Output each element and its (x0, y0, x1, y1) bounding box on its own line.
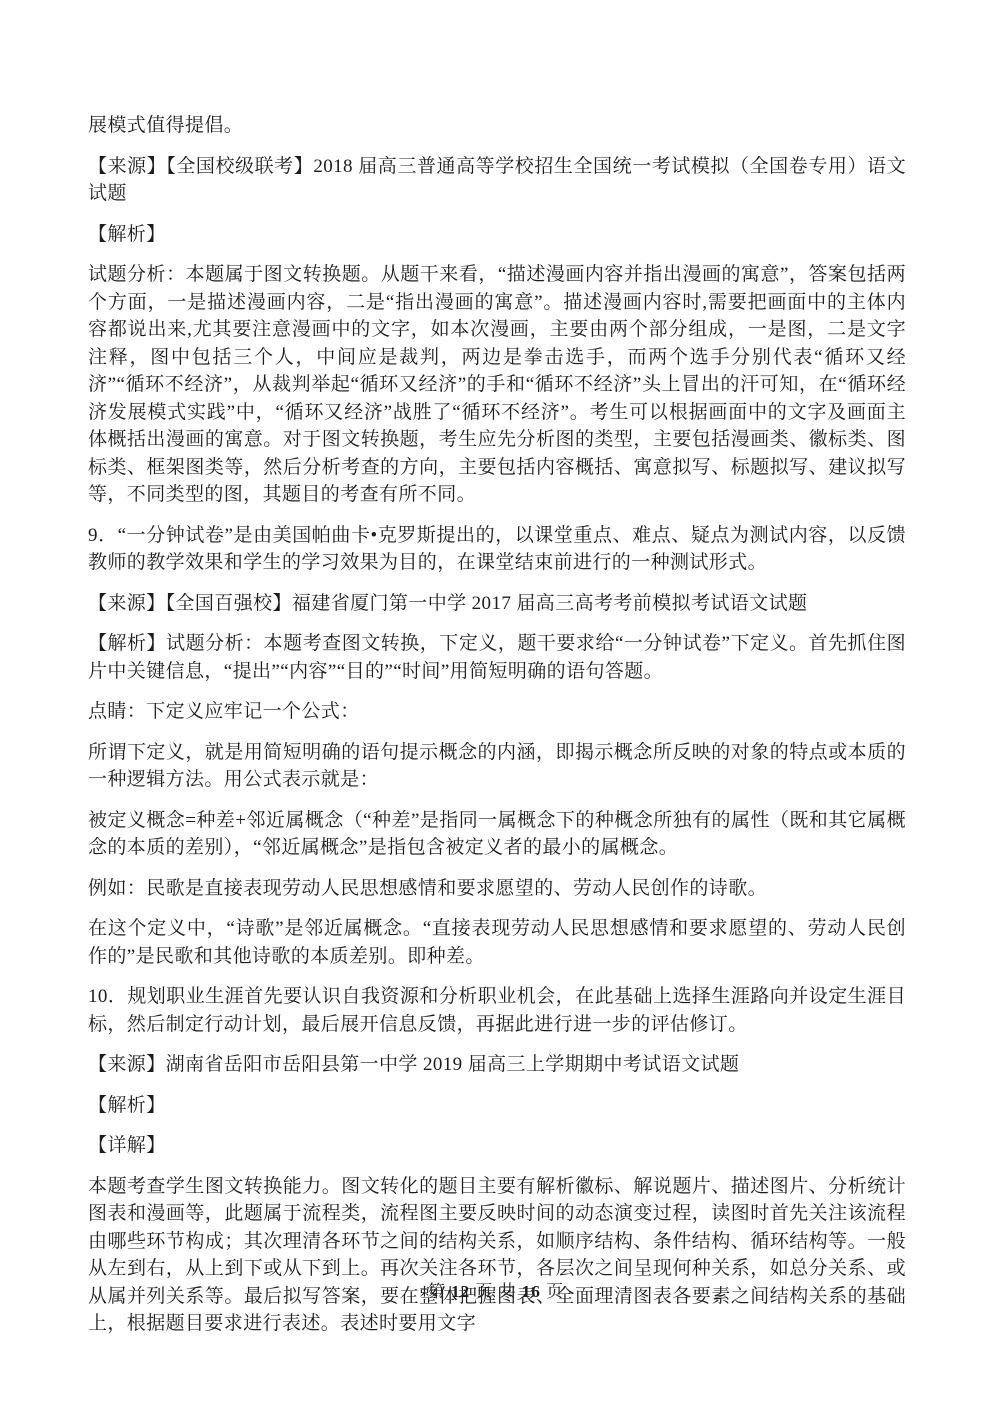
footer-suffix: 页 (541, 1282, 564, 1301)
example-analysis: 在这个定义中，“诗歌”是邻近属概念。“直接表现劳动人民思想感情和要求愿望的、劳动… (88, 915, 906, 970)
page-number: 12 (451, 1282, 470, 1301)
question-9-text: 9．“一分钟试卷”是由美国帕曲卡•克罗斯提出的，以课堂重点、难点、疑点为测试内容… (88, 522, 906, 577)
tip-line: 点睛：下定义应牢记一个公式： (88, 698, 906, 726)
analysis-label-q8: 【解析】 (88, 221, 906, 249)
definition-intro: 所谓下定义，就是用简短明确的语句提示概念的内涵，即揭示概念所反映的对象的特点或本… (88, 739, 906, 794)
footer-prefix: 第 (428, 1282, 451, 1301)
analysis-paragraph-q9: 【解析】试题分析：本题考查图文转换，下定义，题干要求给“一分钟试卷”下定义。首先… (88, 630, 906, 685)
example-line: 例如：民歌是直接表现劳动人民思想感情和要求愿望的、劳动人民创作的诗歌。 (88, 875, 906, 903)
detail-label-q10: 【详解】 (88, 1132, 906, 1160)
paragraph-continuation: 展模式值得提倡。 (88, 112, 906, 140)
analysis-label-q10: 【解析】 (88, 1092, 906, 1120)
source-line-q9: 【来源】【全国百强校】福建省厦门第一中学 2017 届高三高考考前模拟考试语文试… (88, 590, 906, 618)
total-pages: 16 (522, 1282, 541, 1301)
analysis-paragraph-q8: 试题分析：本题属于图文转换题。从题干来看，“描述漫画内容并指出漫画的寓意”，答案… (88, 261, 906, 509)
question-10-text: 10．规划职业生涯首先要认识自我资源和分析职业机会，在此基础上选择生涯路向并设定… (88, 983, 906, 1038)
source-line-q8: 【来源】【全国校级联考】2018 届高三普通高等学校招生全国统一考试模拟（全国卷… (88, 153, 906, 208)
definition-formula: 被定义概念=种差+邻近属概念（“种差”是指同一属概念下的种概念所独有的属性（既和… (88, 807, 906, 862)
document-page: 展模式值得提倡。 【来源】【全国校级联考】2018 届高三普通高等学校招生全国统… (0, 0, 992, 1403)
source-line-q10: 【来源】湖南省岳阳市岳阳县第一中学 2019 届高三上学期期中考试语文试题 (88, 1051, 906, 1079)
page-footer: 第 12 页 共 16 页 (0, 1280, 992, 1304)
detail-paragraph-q10: 本题考查学生图文转换能力。图文转化的题目主要有解析徽标、解说题片、描述图片、分析… (88, 1173, 906, 1338)
footer-middle: 页 共 (470, 1282, 522, 1301)
